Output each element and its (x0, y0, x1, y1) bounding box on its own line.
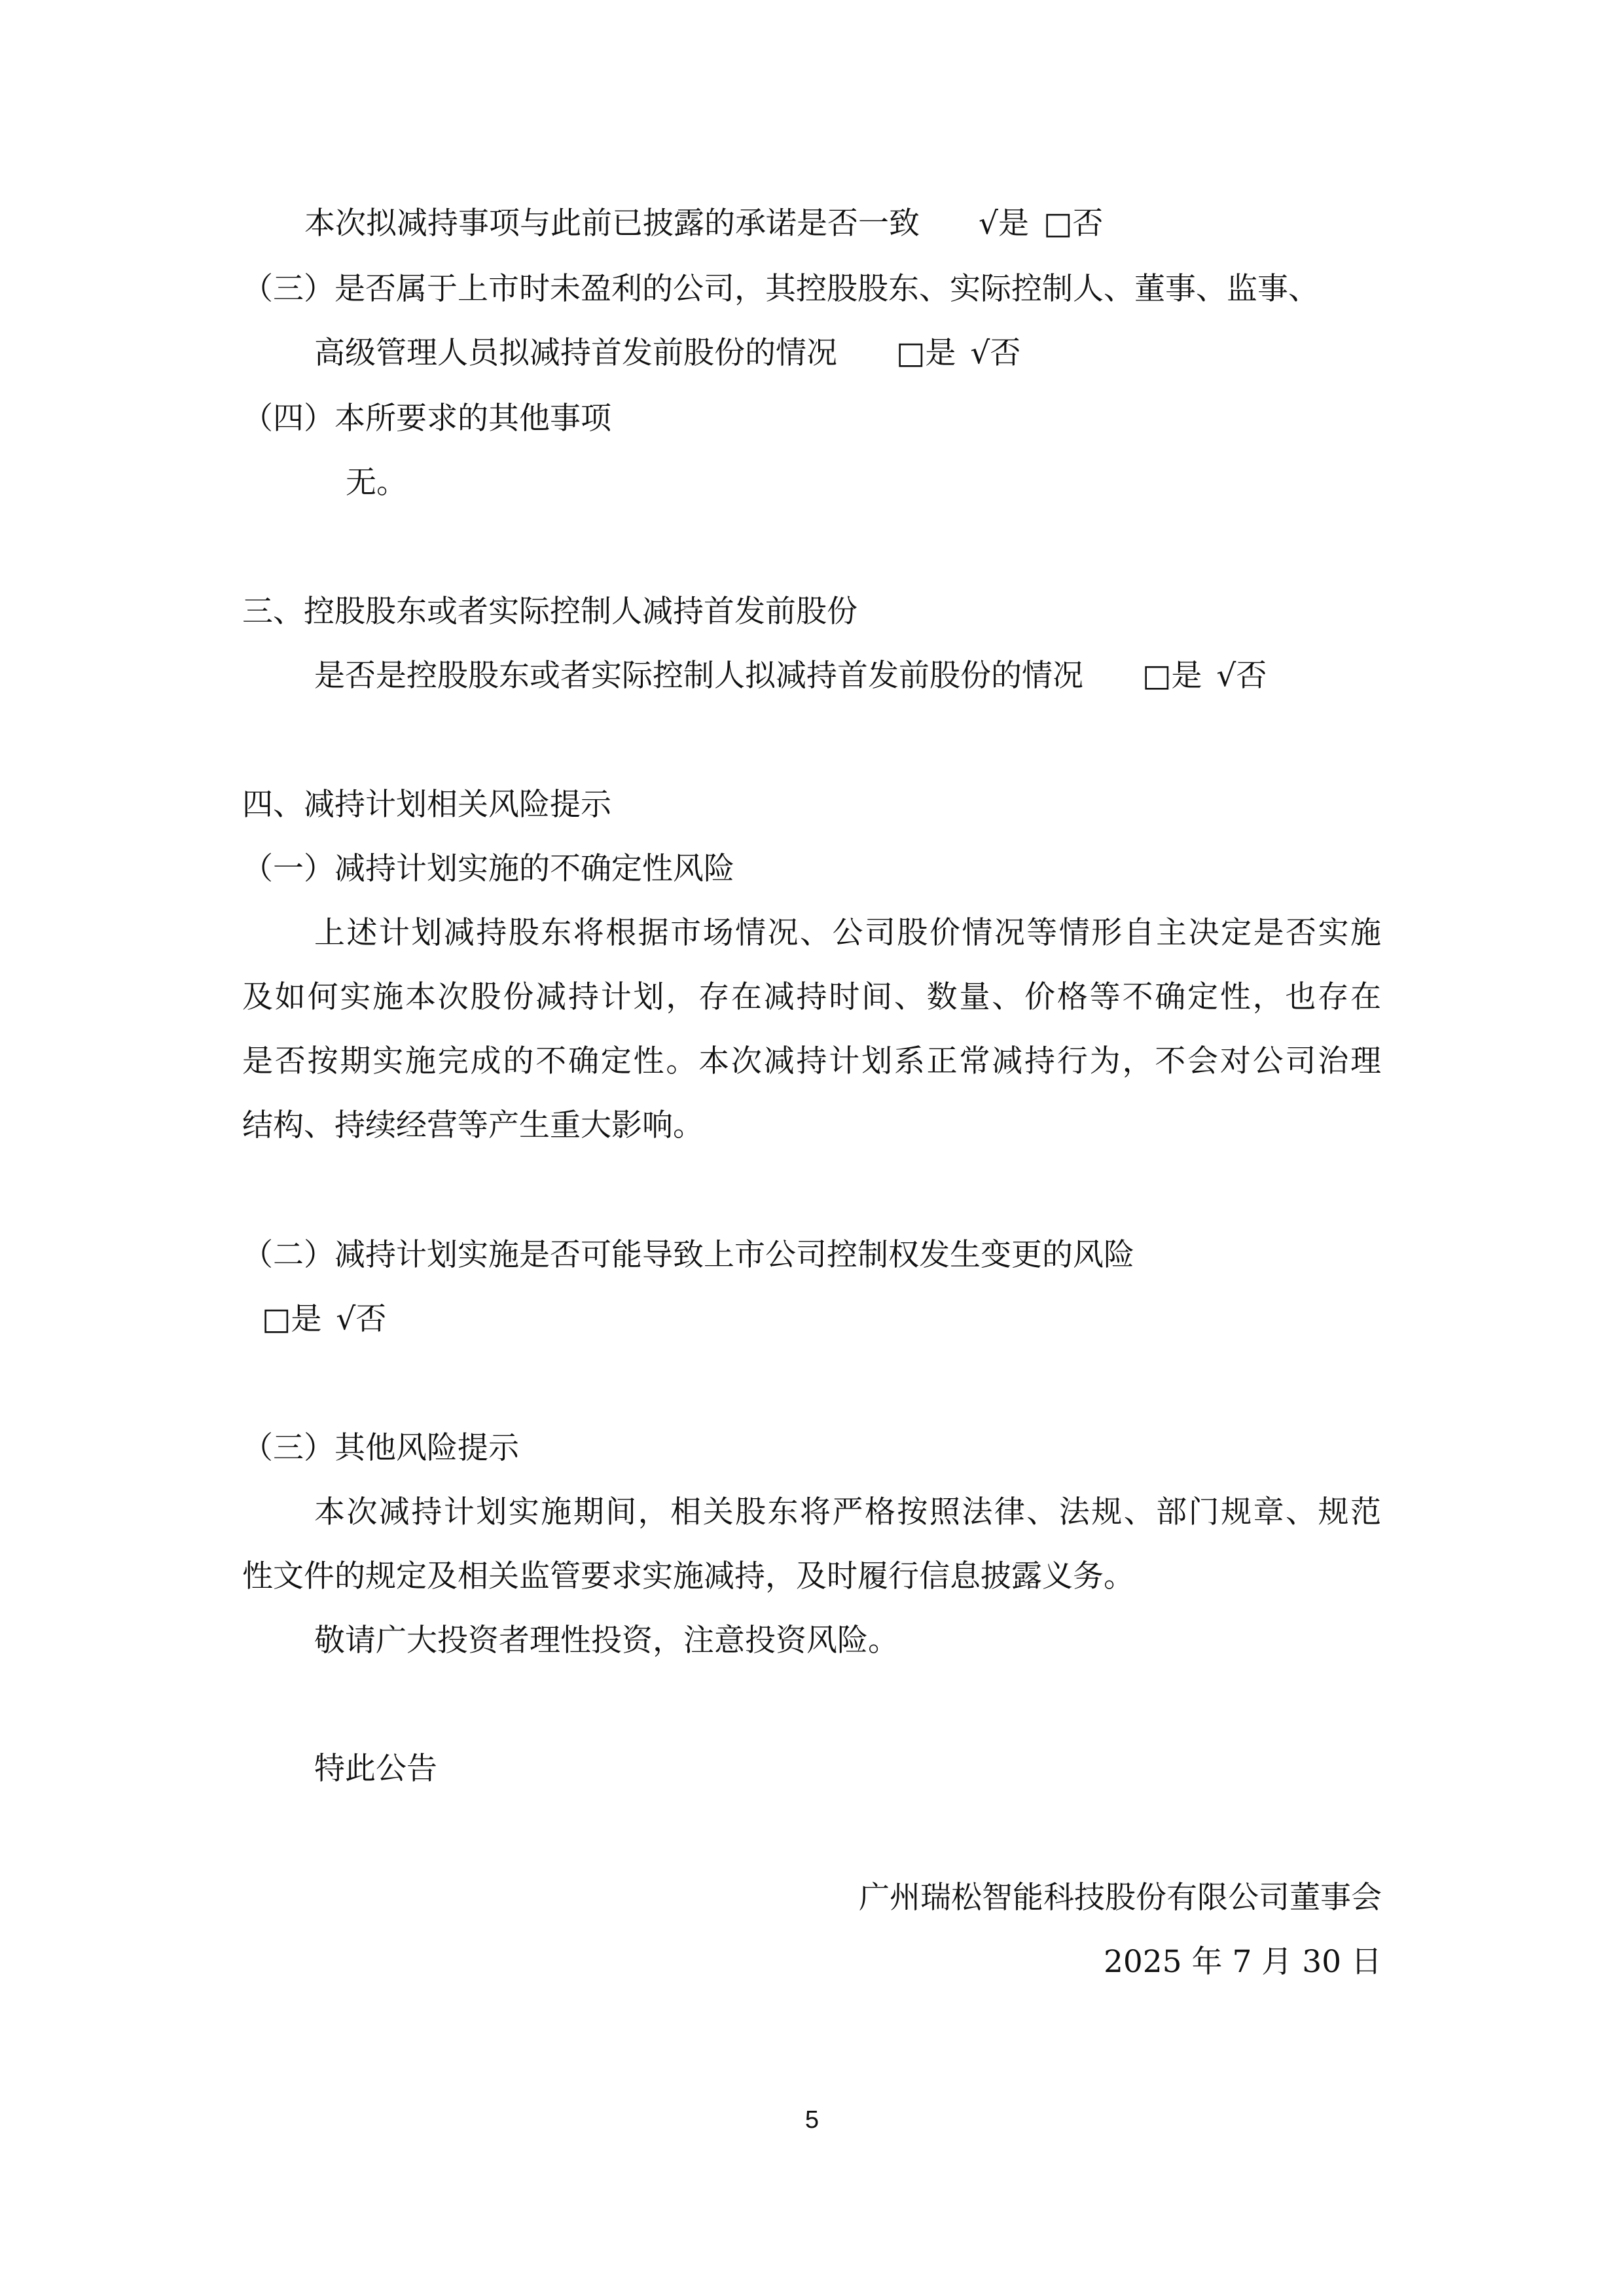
unprofitable-no-checkbox: √否 (970, 335, 1020, 371)
section4-sub1-line: 是否按期实施完成的不确定性。本次减持计划系正常减持行为，不会对公司治理 (242, 1042, 1381, 1081)
document-page: 本次拟减持事项与此前已披露的承诺是否一致√是□否 （三）是否属于上市时未盈利的公… (0, 0, 1624, 2296)
section4-sub3-line: 本次减持计划实施期间，相关股东将严格按照法律、法规、部门规章、规范 (314, 1493, 1381, 1532)
section4-sub1-heading: （一）减持计划实施的不确定性风险 (242, 850, 734, 889)
consistency-no-checkbox: □否 (1043, 206, 1103, 242)
section4-sub3-line: 性文件的规定及相关监管要求实施减持，及时履行信息披露义务。 (242, 1557, 1134, 1596)
section4-sub1-line: 及如何实施本次股份减持计划，存在减持时间、数量、价格等不确定性，也存在 (242, 978, 1381, 1017)
section4-sub2-heading: （二）减持计划实施是否可能导致上市公司控制权发生变更的风险 (242, 1236, 1134, 1275)
risk-notice: 敬请广大投资者理性投资，注意投资风险。 (314, 1621, 899, 1660)
consistency-yes-checkbox: √是 (979, 206, 1029, 242)
section3-heading: 三、控股股东或者实际控制人减持首发前股份 (242, 592, 857, 632)
section4-sub2-no-checkbox: √否 (336, 1301, 386, 1337)
section3-yes-checkbox: □是 (1142, 658, 1202, 694)
section3-question: 是否是控股股东或者实际控制人拟减持首发前股份的情况 (314, 658, 1083, 694)
section4-sub3-heading: （三）其他风险提示 (242, 1429, 519, 1468)
unprofitable-row: 高级管理人员拟减持首发前股份的情况□是√否 (314, 334, 1020, 373)
signature: 广州瑞松智能科技股份有限公司董事会 (859, 1878, 1382, 1918)
unprofitable-heading-line1: （三）是否属于上市时未盈利的公司，其控股股东、实际控制人、董事、监事、 (242, 270, 1319, 309)
consistency-row: 本次拟减持事项与此前已披露的承诺是否一致√是□否 (304, 204, 1103, 243)
section3-row: 是否是控股股东或者实际控制人拟减持首发前股份的情况□是√否 (314, 656, 1267, 696)
section4-sub2-row: □是√否 (262, 1300, 386, 1339)
signature-date: 2025 年 7 月 30 日 (1104, 1943, 1382, 1982)
section4-heading: 四、减持计划相关风险提示 (242, 785, 611, 825)
section4-sub2-yes-checkbox: □是 (262, 1301, 321, 1337)
other-items-heading: （四）本所要求的其他事项 (242, 399, 611, 439)
section3-no-checkbox: √否 (1216, 658, 1267, 694)
section4-sub1-line: 上述计划减持股东将根据市场情况、公司股价情况等情形自主决定是否实施 (314, 914, 1381, 953)
announcement-text: 特此公告 (314, 1749, 437, 1789)
unprofitable-heading-line2: 高级管理人员拟减持首发前股份的情况 (314, 335, 837, 371)
unprofitable-yes-checkbox: □是 (896, 335, 956, 371)
consistency-question: 本次拟减持事项与此前已披露的承诺是否一致 (304, 206, 920, 242)
page-number: 5 (0, 2106, 1624, 2134)
section4-sub1-line: 结构、持续经营等产生重大影响。 (242, 1106, 704, 1145)
other-items-body: 无。 (346, 463, 407, 503)
